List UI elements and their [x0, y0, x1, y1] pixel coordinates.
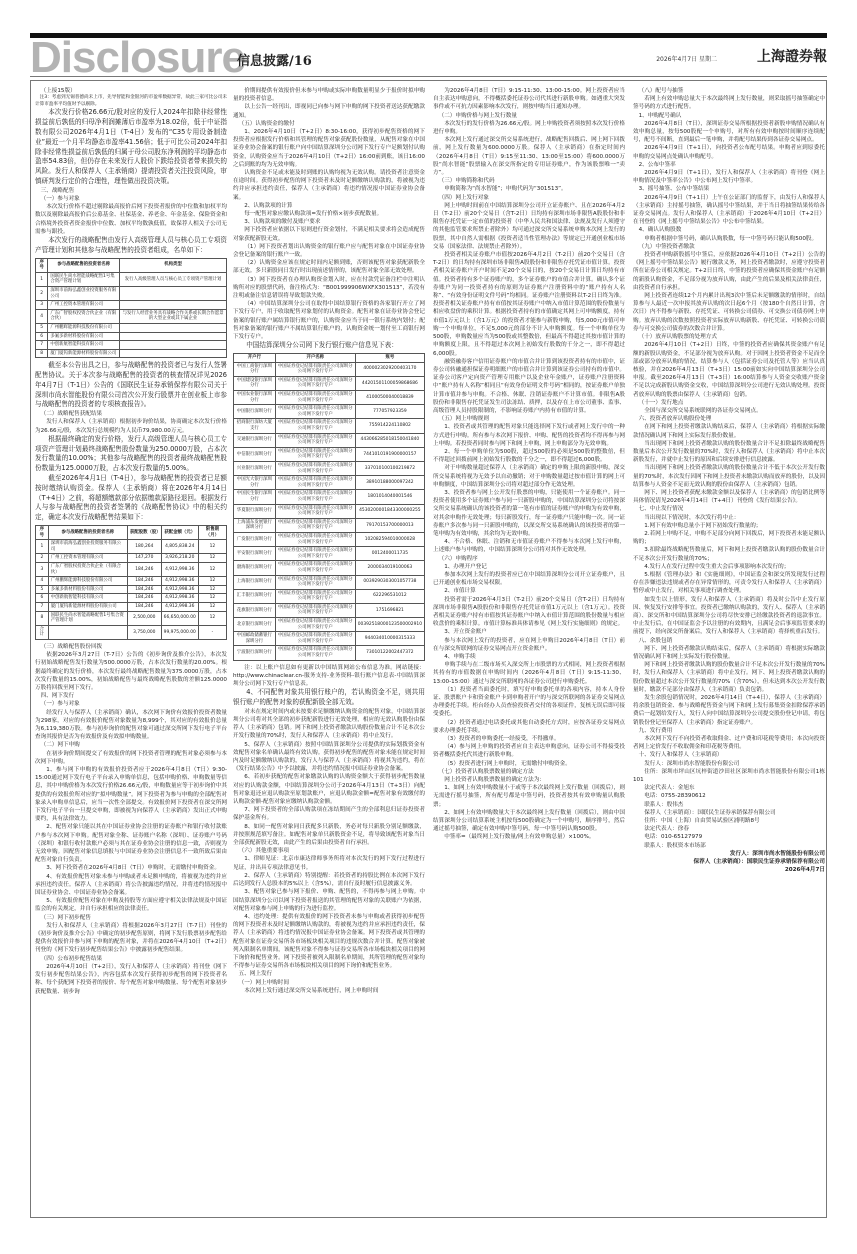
paragraph: 网下、网上投资者缴款认购结束后，保荐人（主承销商）将根据实际缴款情况确认网下和网… — [633, 645, 825, 661]
table-cell: 1801014040001546 — [355, 490, 424, 504]
table-cell: 4,912,998.36 — [161, 585, 198, 594]
table-cell: 2,500,000 — [127, 611, 161, 625]
heading: 八、余股包销 — [633, 637, 825, 645]
table-row: 华夏银行深圳分行中国证券登记结算有限责任公司深圳分公司网下发行专户4530200… — [234, 504, 425, 518]
table-caption: 中国结算深圳分公司网下发行银行账户信息见下表： — [233, 341, 425, 351]
paragraph: 网上申购时间前在中国结算深圳分公司开立证券账户、且在2026年4月2日（T-2日… — [433, 202, 625, 251]
paragraph: 3、认购款项的缴付及账户要求 — [233, 218, 425, 226]
table-row: 花旗银行深圳分行中国证券登记结算有限责任公司深圳分公司网下发行专户1751696… — [234, 603, 425, 617]
table-cell: 花旗银行深圳分行 — [234, 603, 276, 617]
paragraph: 对于申购数量超过保荐人（主承销商）确定的申购上限的新股申购，深交所交易系统将视为… — [433, 464, 625, 489]
strategic-investors-table: 序号 参与战略配售的投资者名称 机构类型 1国联民生尚水智能战略配售1号集合资产… — [35, 258, 227, 359]
heading: 2、公布中签率 — [633, 161, 825, 169]
table-cell: 厦门厦钨新能源材料股份有限公司 — [48, 603, 127, 612]
paragraph: 4、违约处理：提供有效报价的网下投资者未参与申购或者获得初步配售的网下投资者未及… — [233, 913, 425, 970]
table-cell: 中创新航智能科技有限公司 — [48, 594, 127, 603]
table-row: 中国工商银行深圳分行中国证券登记结算有限责任公司深圳分公司网下发行专户40000… — [234, 362, 425, 376]
table-row: 中国邮政储蓄银行深圳分行中国证券登记结算有限责任公司深圳分公司网下发行专户944… — [234, 632, 425, 646]
heading: 五、网上发行 — [233, 970, 425, 978]
newspaper-logo: 上海證券報 — [757, 46, 827, 66]
table-cell: 中国证券登记结算有限责任公司深圳分公司网下发行专户 — [275, 518, 355, 532]
table-cell: 622296531012 — [355, 589, 424, 603]
table-cell: 中国证券登记结算有限责任公司深圳分公司网下发行专户 — [275, 391, 355, 405]
paragraph: 投资者申购新股摇号中签后，应依据2026年4月10日（T+2日）公告的《网上摇号… — [633, 251, 825, 292]
table-cell: 上海银行深圳分行 — [234, 575, 276, 589]
paragraph: 当出现网下和网上投资者缴款认购的股份数量合计不足扣除最终战略配售数量后本次公开发… — [633, 440, 825, 465]
paragraph: （5）投资者进行网上申购时，无需缴付申购资金。 — [433, 760, 625, 768]
table-cell: 3 — [36, 563, 49, 577]
table-row: 招商银行深纺大厦支行中国证券登记结算有限责任公司深圳分公司网下发行专户75591… — [234, 419, 425, 433]
table-cell: 3 — [36, 301, 48, 310]
table-cell: 0039290303001057738 — [355, 575, 424, 589]
table-cell: 180,264 — [127, 540, 161, 554]
paragraph: 网下和网上投资者缴款认购的股份数量合计不足本次公开发行数量的70%时，发行人和保… — [633, 661, 825, 694]
paragraph: 1、参与网下申购的有效报价投资者应于2026年4月8日（T日）9:30-15:0… — [35, 766, 227, 823]
column-3: 为2026年4月8日（T日）9:15-11:30、13:00-15:00。网上投… — [433, 87, 625, 1211]
table-cell: 184,246 — [127, 577, 161, 586]
paragraph: 5、保荐人（主承销商）按照中国结算深圳分公司提供的实际划拨资金有效配售对象名单确… — [233, 741, 425, 774]
paragraph: （2）认购资金应该在规定时间内足额到账，否则该配售对象获配新股全部无效。多只新股… — [233, 259, 425, 275]
paragraph: 本次网上发行通过深交所交易系统进行，战略配售回拨后、网上网下回拨前，网上发行数量… — [433, 136, 625, 177]
paragraph: 本次发行的战略配售由发行人高级管理人员与核心员工专项资产管理计划和其他参与战略配… — [35, 236, 227, 256]
table-cell: 中国证券登记结算有限责任公司深圳分公司网下发行专户 — [275, 433, 355, 447]
paragraph: 发生余股包销情况时，2026年4月14日（T+4日），保荐人（主承销商）将余股包… — [633, 694, 825, 727]
table-cell: 中国证券登记结算有限责任公司深圳分公司网下发行专户 — [275, 547, 355, 561]
table-cell: 中国证券登记结算有限责任公司深圳分公司网下发行专户 — [275, 490, 355, 504]
table-cell: 发行人高级管理人员与核心员工专项资产管理计划 — [120, 272, 227, 286]
table-cell: 12 — [198, 585, 226, 594]
table-cell: 6 — [36, 332, 48, 341]
table-cell: 102082594010000028 — [355, 532, 424, 546]
heading: （三）申购简称和代码 — [433, 177, 625, 185]
table-cell: 中国工商银行深圳分行 — [234, 362, 276, 376]
table-cell: 兴业银行深圳分行 — [234, 462, 276, 476]
table-note: 注：以上账户信息如有更新以中国结算网站公布信息为准。网站链接：http://ww… — [233, 664, 425, 689]
paragraph: 2026年4月9日（T+1日）上午在公证部门的监督下，由发行人和保荐人（主承销商… — [633, 194, 825, 227]
table-cell: 41000500040018839 — [355, 391, 424, 405]
paragraph: 价期间提供有效报价但未参与申购或实际申购数量明显少于报价时拟申购量的投资者信息。 — [233, 87, 425, 103]
table-row: 汇丰银行深圳分行中国证券登记结算有限责任公司深圳分公司网下发行专户6222965… — [234, 589, 425, 603]
table-cell: 4,912,998.36 — [161, 594, 198, 603]
table-row: 6中创新航智能科技有限公司184,2464,912,998.3612 — [36, 594, 227, 603]
paragraph: 参加本次网上发行的投资者应已在中国结算深圳分公司开立证券账户，且已开通创业板市场… — [433, 571, 625, 587]
paragraph: 认购资金不足或未能及时到账的认购均视为无效认购。请投资者注意资金在途时间。获得初… — [233, 169, 425, 202]
table-cell: 8 — [36, 349, 48, 358]
table-cell: 00392518000123500002910 — [355, 618, 424, 632]
heading: 3、摇号抽签、公布中签结果 — [633, 185, 825, 193]
paragraph: 4.发行人在发行过程中发生重大会后事项影响本次发行的； — [633, 563, 825, 571]
brand-disclosure: Disclosure — [30, 36, 245, 80]
paragraph: 根据最终确定的发行价格，发行人高级管理人员与核心员工专项资产管理计划最终战略配售… — [35, 435, 227, 474]
paragraph: 2、如网上有效申购数量大于本次最终网上发行数量（回拨后），则由中国结算深圳分公司… — [433, 809, 625, 834]
table-cell — [120, 341, 227, 350]
table-row: 交通银行深圳分行中国证券登记结算有限责任公司深圳分公司网下发行专户4430662… — [234, 433, 425, 447]
table-row: 7中创新航智能科技有限公司 — [36, 341, 227, 350]
table-row: 8厦门厦钨新能源材料股份有限公司 — [36, 349, 227, 358]
table-cell: 12 — [198, 603, 226, 612]
heading: 四、网下发行 — [35, 692, 227, 700]
table-cell: 184,246 — [127, 563, 161, 577]
heading: （九）中签投资者缴款 — [633, 243, 825, 251]
table-row: 6多氟多新材料股份有限公司 — [36, 332, 227, 341]
table-cell: 广东广智股权投资合伙企业（有限合伙） — [48, 309, 120, 323]
table-cell: 中国证券登记结算有限责任公司深圳分公司网下发行专户 — [275, 618, 355, 632]
paragraph: 2、认购款项的计算 — [233, 202, 425, 210]
paragraph: 参与本次网上发行的投资者，应在网上申购日2026年4月8日（T日）前在与深交所联… — [433, 637, 625, 653]
heading: 4、确认认购股数 — [633, 226, 825, 234]
table-cell: 中国证券登记结算有限责任公司深圳分公司网下发行专户 — [275, 561, 355, 575]
th: 序号 — [36, 526, 49, 540]
paragraph: 1、律师见证：北京市康达律师事务所将对本次发行的网下发行过程进行见证，并出具专项… — [233, 855, 425, 871]
paragraph: （3）投资者的申购委托一经接受，不得撤单。 — [433, 735, 625, 743]
table-cell: 184,246 — [127, 603, 161, 612]
paragraph: 6、若初步获配的配售对象缴款认购的认购资金额大于获得初步配售数量对应的认购款金额… — [233, 773, 425, 806]
signature-sponsor: 保荐人（主承销商）：国联民生证券承销保荐有限公司 — [633, 858, 825, 866]
paragraph: 网下投资者应依据以下原则进行资金划付，不满足相关要求将会造成配售对象获配新股无效… — [233, 226, 425, 242]
table-row: 上海浦东发展银行深圳分行中国证券登记结算有限责任公司深圳分公司网下发行专户791… — [234, 518, 425, 532]
column-2: 价期间提供有效报价但未参与申购或实际申购数量明显少于报价时拟申购量的投资者信息。… — [233, 87, 425, 1211]
paragraph: 4、申购手续 — [433, 653, 625, 661]
paragraph: 2026年4月9日（T+1日），向投资者公布配号结果。申购者应到原委托申购的交易… — [633, 144, 825, 160]
table-row: 1国联民生尚水智能战略配售1号集合资产管理计划发行人高级管理人员与核心员工专项资… — [36, 272, 227, 286]
table-row: 合计3,750,00099,975,000.00- — [36, 625, 227, 639]
sponsor-phone: 电话：010-65127979 — [633, 833, 825, 841]
table-cell: 4,912,998.36 — [161, 563, 198, 577]
paragraph: 融资融券客户信用证券账户的市值合并计算到该投资者持有的市值中，证券公司转融通担保… — [433, 358, 625, 415]
table-row: 渤海银行深圳分行中国证券登记结算有限责任公司深圳分公司网下发行专户2000034… — [234, 561, 425, 575]
heading: 七、中止发行情况 — [633, 505, 825, 513]
paragraph: 在网下和网上投资者缴款认购结束后，保荐人（主承销商）将根据实际缴款情况确认网下和… — [633, 423, 825, 439]
table-cell: 184,246 — [127, 594, 161, 603]
heading: （二）战略配售获配结果 — [35, 410, 227, 418]
paragraph: 1、办理开户登记 — [433, 563, 625, 571]
sponsor-name: 保荐人（主承销商）：国联民生证券承销保荐有限公司 — [633, 809, 825, 817]
table-cell: 337010100100219872 — [355, 462, 424, 476]
table-cell: 中国证券登记结算有限责任公司深圳分公司网下发行专户 — [275, 419, 355, 433]
table-cell — [120, 286, 227, 300]
table-cell: 中国证券登记结算有限责任公司深圳分公司网下发行专户 — [275, 589, 355, 603]
table-cell: 5 — [36, 323, 48, 332]
table-cell: 与发行人经营业务具有战略合作关系或长期合作愿景的大型企业或其下属企业 — [120, 309, 227, 323]
paragraph: 在初步询价期间提交了有效报价的网下投资者管理的配售对象必须参与本次网下申购。 — [35, 750, 227, 766]
paragraph: 2026年4月9日（T+1日），发行人和保荐人（主承销商）将刊登《网上申购情况及… — [633, 169, 825, 185]
issuer-legal-rep: 法定代表人：金旭东 — [633, 784, 825, 792]
table-cell: 上海浦东发展银行深圳分行 — [234, 518, 276, 532]
paragraph: 以上公告一经刊出，即视同已向参与网下申购的网下投资者送达获配缴款通知。 — [233, 103, 425, 119]
paragraph: 网下、网上投资者获配未缴款金额以及保荐人（主承销商）的包销比例等具体情况请见20… — [633, 489, 825, 505]
table-cell: 广州工控资本管理有限公司 — [48, 301, 120, 310]
heading: （四）网上发行对象 — [433, 194, 625, 202]
paragraph: 2.若网上申购不足，申购不足部分向网下回拨后，网下投资者未能足额认购的； — [633, 530, 825, 546]
paragraph: 当出现以下情况时，本次发行将中止： — [633, 514, 825, 522]
table-row: 兴业银行深圳分行中国证券登记结算有限责任公司深圳分公司网下发行专户3370101… — [234, 462, 425, 476]
table-row: 4广州鹏辉能源科技股份有限公司184,2464,912,998.3612 — [36, 577, 227, 586]
paragraph: 1、如网上有效申购数量小于或等于本次最终网上发行数量（回拨后），则无需进行摇号抽… — [433, 784, 625, 809]
table-cell: 广州工控资本管理有限公司 — [48, 554, 127, 563]
table-cell: 1 — [36, 272, 48, 286]
paragraph: 2、每一个申购单位为500股，超过500股的必须是500股的整数倍，但不得超过回… — [433, 448, 625, 464]
heading: 十、发行人和保荐人（主承销商） — [633, 751, 825, 759]
table-row: 5多氟多新材料股份有限公司184,2464,912,998.3612 — [36, 585, 227, 594]
table-cell: 12 — [198, 554, 226, 563]
table-cell: 招商银行深纺大厦支行 — [234, 419, 276, 433]
table-cell: 12 — [198, 540, 226, 554]
table-cell: 中国邮政储蓄银行深圳分行 — [234, 632, 276, 646]
table-cell: 944034010000315333 — [355, 632, 424, 646]
paragraph: 3、网下投资者在2026年4月8日（T日）申购时，无需缴付申购资金。 — [35, 864, 227, 872]
strategic-allocation-table: 序号 参与战略配售的投资者名称 获配股数（股） 获配金额（元） 限售期（月） 1… — [35, 525, 227, 640]
table-cell: 4,912,998.36 — [161, 603, 198, 612]
table-cell: 中国证券登记结算有限责任公司深圳分公司网下发行专户 — [275, 476, 355, 490]
table-cell — [48, 625, 127, 639]
table-cell: 广州鹏辉能源科技股份有限公司 — [48, 323, 120, 332]
issuer-address: 住所：深圳市坪山区坑梓街道沙田社区深圳市尚水智能股份有限公司1栋101 — [633, 768, 825, 784]
paragraph: 网上投资者认购股票数量的确定方法为： — [433, 776, 625, 784]
paragraph: 1、2026年4月10日（T+2日）8:30-16:00，获得初步配售资格的网下… — [233, 128, 425, 169]
table-cell: 2 — [36, 554, 49, 563]
table-cell — [120, 301, 227, 310]
heading: （五）认购资金的缴付 — [233, 120, 425, 128]
table-cell: 7 — [36, 341, 48, 350]
heading: （四）公布初步配售结果 — [35, 955, 227, 963]
table-row: 5广州鹏辉能源科技股份有限公司 — [36, 323, 227, 332]
table-cell: 8 — [36, 611, 49, 625]
paragraph: （1）网下投资者划出认购资金的银行账户应与配售对象在中国证券业协会登记备案的银行… — [233, 243, 425, 259]
table-cell: 1 — [36, 540, 49, 554]
signature-date: 2026年4月7日 — [633, 866, 825, 874]
table-cell: 中国证券登记结算有限责任公司深圳分公司网下发行专户 — [275, 376, 355, 390]
paragraph: 若网上有效申购总量大于本次最终网上发行数量，则采取摇号抽签确定中签号码的方式进行… — [633, 95, 825, 111]
bank-accounts-table: 开户行 开户名称 账号 中国工商银行深圳分行中国证券登记结算有限责任公司深圳分公… — [233, 353, 425, 661]
table-row: 平安银行深圳分行中国证券登记结算有限责任公司深圳分公司网下发行专户0012400… — [234, 547, 425, 561]
table-cell: 深圳市前海弘鑫创业投资服务有限公司 — [48, 286, 120, 300]
heading: （二）申购价格与网上发行数量 — [433, 112, 625, 120]
table-cell: 中国证券登记结算有限责任公司深圳分公司网下发行专户 — [275, 532, 355, 546]
paragraph: 4、有效报价配售对象未参与申购或者未足额申购的，将被视为违约并应承担违约责任。保… — [35, 873, 227, 898]
table-cell: 12 — [198, 563, 226, 577]
table-cell: 4 — [36, 309, 48, 323]
table-cell: 中国农业银行深圳分行 — [234, 391, 276, 405]
paragraph: 全国与深交所交易系统联网的各证券交易网点。 — [633, 407, 825, 415]
sponsor-legal-rep: 法定代表人：徐春 — [633, 825, 825, 833]
paragraph: （2）投资者通过电话委托或其他自动委托方式时，应按各证券交易网点要求办理委托手续… — [433, 719, 625, 735]
paragraph: 4、不同配售对象共用银行账户的，若认购资金不足，则共用银行账户的配售对象的获配新… — [233, 688, 425, 708]
heading: （一）网上申购时间 — [233, 979, 425, 987]
table-cell: 中国证券登记结算有限责任公司深圳分公司网下发行专户 — [275, 575, 355, 589]
heading: 九、发行费用 — [633, 727, 825, 735]
paragraph: （1）投资者当面委托时，填写好申购委托单的各项内容，持本人身份证、股票账户卡和资… — [433, 686, 625, 719]
table-cell: 厦门厦钨新能源材料股份有限公司 — [48, 349, 120, 358]
paragraph: 申购简称为“尚水智能”；申购代码为“301513”。 — [433, 185, 625, 193]
table-row: 4广东广智股权投资合伙企业（有限合伙）与发行人经营业务具有战略合作关系或长期合作… — [36, 309, 227, 323]
paragraph: 2026年4月8日（T日），深圳证券交易所根据投资者新股申购情况确认有效申购总量… — [633, 120, 825, 145]
table-cell: 3,750,000 — [127, 625, 161, 639]
paragraph: 中签率=（最终网上发行数量/网上有效申购总量）×100%。 — [433, 833, 625, 841]
table-cell: 深圳市前海弘鑫创业投资服务有限公司 — [48, 540, 127, 554]
paragraph: 如发生以上情形，发行人和保荐人（主承销商）将及时公告中止发行原因、恢复发行安排等… — [633, 596, 825, 637]
paragraph: 3.扣除最终战略配售数量后，网下和网上投资者缴款认购的股份数量合计不足本次公开发… — [633, 546, 825, 562]
heading: 三、战略配售 — [35, 187, 227, 195]
paragraph: 申购者根据中签号码，确认认购股数，每一中签号码只能认购500股。 — [633, 235, 825, 243]
table-cell: 广发银行深圳分行 — [234, 532, 276, 546]
paragraph: 投资者需于2026年4月3日（T-2日）前20个交易日（含T-2日）日均持有深圳… — [433, 596, 625, 629]
heading: （六）其他重要事项 — [233, 847, 425, 855]
table-cell: 0012400011735 — [355, 547, 424, 561]
table-row: 中国农业银行深圳分行中国证券登记结算有限责任公司深圳分公司网下发行专户41000… — [234, 391, 425, 405]
heading: （三）网下初步配售 — [35, 914, 227, 922]
paragraph: 2、保荐人（主承销商）特别提醒：若投资者的持股比例在本次网下发行后达到发行人总股… — [233, 872, 425, 888]
masthead: Disclosure 信息披露/16 2026年4月7日 星期二 上海證券報 — [30, 40, 827, 76]
paragraph: 申购手续与在二级市场买入深交所上市股票的方式相同，网上投资者根据其持有的市值数据… — [433, 661, 625, 686]
paragraph: 1.网下有效申购总量小于网下初始发行数量的； — [633, 522, 825, 530]
table-cell: 12 — [198, 577, 226, 586]
table-cell: 777057923359 — [355, 405, 424, 419]
table-cell: 中国证券登记结算有限责任公司深圳分公司网下发行专户 — [275, 447, 355, 461]
paragraph: 投资者相关证券账户市值按2026年4月2日（T-2日）前20个交易日（含T-2日… — [433, 251, 625, 358]
heading: （七）投资者认购股票数量的确定方法 — [433, 768, 625, 776]
heading: （五）网上申购规则 — [433, 415, 625, 423]
paragraph: 当出现网下和网上投资者缴款认购的股份数量合计不低于本次公开发行数量的70%时，本… — [633, 464, 825, 489]
table-cell: - — [198, 625, 226, 639]
table-row: 3广州工控资本管理有限公司 — [36, 301, 227, 310]
paragraph: 依据2026年3月27日（T-7日）公告的《初步询价及推介公告》，本次发行初始战… — [35, 651, 227, 692]
paragraph: 发行人和保荐人（主承销商）将根据2026年3月27日（T-7日）刊登的《初步询价… — [35, 922, 227, 955]
paragraph: 3、开立资金账户 — [433, 628, 625, 636]
table-row: 3广东广智股权投资合伙企业（有限合伙）184,2464,912,998.3612 — [36, 563, 227, 577]
table-cell: 汇丰银行深圳分行 — [234, 589, 276, 603]
table-cell: 中国银行深圳分行 — [234, 405, 276, 419]
table-cell: 12 — [198, 594, 226, 603]
table-cell: 2 — [36, 286, 48, 300]
table-row: 中国光大银行深圳分行中国证券登记结算有限责任公司深圳分公司网下发行专户38910… — [234, 476, 425, 490]
paragraph: 截至本公告出具之日，参与战略配售的投资者已与发行人签署配售协议。关于本次参与战略… — [35, 361, 227, 410]
heading: （十一）发行地点 — [633, 399, 825, 407]
table-row: 2深圳市前海弘鑫创业投资服务有限公司 — [36, 286, 227, 300]
sponsor-contact: 联系人：股权资本市场部 — [633, 842, 825, 850]
paragraph: 5、有效报价配售对象在申购及持股等方面应遵守相关法律法规及中国证监会的有关规定，… — [35, 897, 227, 913]
paragraph: 4、不合格、休眠、注销和无市值证券账户不得参与本次网上发行申购，上述账户参与申购… — [433, 538, 625, 554]
th: 开户行 — [234, 354, 276, 363]
paragraph: 2、配售对象只能以其在中国证券业协会注册的证券账户和银行收付款账户参与本次网下申… — [35, 823, 227, 864]
table-cell — [120, 349, 227, 358]
paragraph: （3）网下投资者在办理认购资金划入时，应在付款凭证备注栏中注明认购所对应的股票代… — [233, 276, 425, 301]
table-cell: 中创新航智能科技有限公司 — [48, 341, 120, 350]
table-cell: 中国民生银行深圳分行 — [234, 490, 276, 504]
paragraph: 8、如同一配售对象同日获配多只新股，务必对每只新股分别足额缴款，并按照规范填写备… — [233, 823, 425, 848]
table-cell: 渤海银行深圳分行 — [234, 561, 276, 575]
paragraph: （4）中国结算深圳分公司在取得中国结算银行资格的各家银行开立了网下发行专户，用于… — [233, 300, 425, 341]
issue-date: 2026年4月7日 星期二 — [656, 54, 717, 63]
table-cell: 中信银行深圳分行 — [234, 447, 276, 461]
issuer-phone: 电话：0755-28390612 — [633, 792, 825, 800]
th: 账号 — [355, 354, 424, 363]
table-cell: 中国证券登记结算有限责任公司深圳分公司网下发行专户 — [275, 405, 355, 419]
table-row: 1深圳市前海弘鑫创业投资服务有限公司180,2644,805,838.2412 — [36, 540, 227, 554]
th: 机构类型 — [120, 258, 227, 272]
table-cell — [120, 332, 227, 341]
table-cell: 中国证券登记结算有限责任公司深圳分公司网下发行专户 — [275, 362, 355, 376]
paragraph: 发行人和保荐人（主承销商）根据初步询价结果，协商确定本次发行价格为26.66元/… — [35, 418, 227, 434]
table-cell: 4000023029200403170 — [355, 362, 424, 376]
paragraph: 本次网上发行通过深交所交易系统进行，网上申购时间 — [233, 987, 425, 995]
table-cell: 4,912,998.36 — [161, 577, 198, 586]
table-cell: 中国光大银行深圳分行 — [234, 476, 276, 490]
th: 序号 — [36, 258, 48, 272]
continued-label: （上接15版） — [35, 87, 227, 95]
table-cell: 3,926,218.20 — [161, 554, 198, 563]
table-row: 广发银行深圳分行中国证券登记结算有限责任公司深圳分公司网下发行专户1020825… — [234, 532, 425, 546]
th: 获配金额（元） — [161, 526, 198, 540]
th: 限售期（月） — [198, 526, 226, 540]
table-cell: 4530200001843300000255 — [355, 504, 424, 518]
table-cell: 5 — [36, 585, 49, 594]
table-cell: 广州鹏辉能源科技股份有限公司 — [48, 577, 127, 586]
table-row: 2广州工控资本管理有限公司147,2703,926,218.2012 — [36, 554, 227, 563]
paragraph: 本次发行的发行价格为26.66元/股。网上申购投资者须按照本次发行价格进行申购。 — [433, 120, 625, 136]
sponsor-address: 住所：中国（上海）自由贸易试验区浦明路8号 — [633, 817, 825, 825]
th: 获配股数（股） — [127, 526, 161, 540]
table-cell: 中国建设银行深圳分行 — [234, 376, 276, 390]
table-cell: 12 — [198, 611, 226, 625]
table-cell: 73010122002447372 — [355, 646, 424, 660]
table-cell: 147,270 — [127, 554, 161, 563]
th: 参与战略配售的投资者名称 — [48, 258, 120, 272]
table-cell: 38910188000097242 — [355, 476, 424, 490]
heading: （三）战略配售股份回拨 — [35, 643, 227, 651]
table-row: 中国建设银行深圳分行中国证券登记结算有限责任公司深圳分公司网下发行专户44201… — [234, 376, 425, 390]
paragraph: 对未在规定时间内或未按要求足额缴纳认购资金的配售对象，中国结算深圳分公司将对其全… — [233, 708, 425, 741]
table-cell: 184,246 — [127, 585, 161, 594]
table-row: 北京银行深圳分行中国证券登记结算有限责任公司深圳分公司网下发行专户0039251… — [234, 618, 425, 632]
paragraph: 2026年4月10日（T+2日），发行人和保荐人（主承销商）将刊登《网下发行初步… — [35, 963, 227, 996]
table-row: 7厦门厦钨新能源材料股份有限公司184,2464,912,998.3612 — [36, 603, 227, 612]
table-cell: 多氟多新材料股份有限公司 — [48, 332, 120, 341]
heading: （二）网下申购 — [35, 741, 227, 749]
th: 参与战略配售的投资者名称 — [48, 526, 127, 540]
heading: （八）配号与抽签 — [633, 87, 825, 95]
section-title: 信息披露/16 — [237, 50, 312, 69]
table-cell: 79170153700000013 — [355, 518, 424, 532]
paragraph: 7、网下投资者的全部认购款项在冻结期间产生的全部利息归证券投资者保护基金所有。 — [233, 806, 425, 822]
table-cell: 平安银行深圳分行 — [234, 547, 276, 561]
paragraph: 本次网下发行不向投资者收取佣金、过户费和印花税等费用；本次向投资者网上定价发行不… — [633, 735, 825, 751]
table-cell: 北京银行深圳分行 — [234, 618, 276, 632]
table-cell: 合计 — [36, 625, 49, 639]
table-cell — [120, 323, 227, 332]
paragraph: （4）参与网上申购的投资者应自主表达申购意向，证券公司不得接受投资者概括委托代其… — [433, 743, 625, 759]
table-cell: 宁波银行深圳分行 — [234, 646, 276, 660]
table-cell: 443066285018150041840 — [355, 433, 424, 447]
table-cell: 多氟多新材料股份有限公司 — [48, 585, 127, 594]
table-cell: 中国证券登记结算有限责任公司深圳分公司网下发行专户 — [275, 632, 355, 646]
table-cell: 66,650,000.00 — [161, 611, 198, 625]
note: 注3：考虑到无锡普德尚未上市，先导智能和金银河的市盈率数据异常，故此三家可比公司… — [35, 95, 227, 108]
table-cell: 4,805,838.24 — [161, 540, 198, 554]
heading: 六、投资者放弃认购股份处理 — [633, 415, 825, 423]
heading: （一）参与对象 — [35, 700, 227, 708]
paragraph: 5.根据《管理办法》和《实施细则》，中国证监会和深交所发现发行过程存在涉嫌违法违… — [633, 571, 825, 596]
table-cell: 4 — [36, 577, 49, 586]
heading: （一）参与对象 — [35, 195, 227, 203]
table-row: 8国联民生尚水智能战略配售1号集合资产管理计划2,500,00066,650,0… — [36, 611, 227, 625]
table-row: 中国银行深圳分行中国证券登记结算有限责任公司深圳分公司网下发行专户7770579… — [234, 405, 425, 419]
table-cell: 中国证券登记结算有限责任公司深圳分公司网下发行专户 — [275, 646, 355, 660]
table-cell: 中国证券登记结算有限责任公司深圳分公司网下发行专户 — [275, 603, 355, 617]
paragraph: 每一配售对象应缴认购款项=发行价格×初步获配数量。 — [233, 210, 425, 218]
paragraph: 本次发行价格不超过剔除最高报价后网下投资者报价的中位数和加权平均数以及剔除最高报… — [35, 203, 227, 236]
heading: 1、申购配号确认 — [633, 112, 825, 120]
table-cell: 7441010191900000157 — [355, 447, 424, 461]
